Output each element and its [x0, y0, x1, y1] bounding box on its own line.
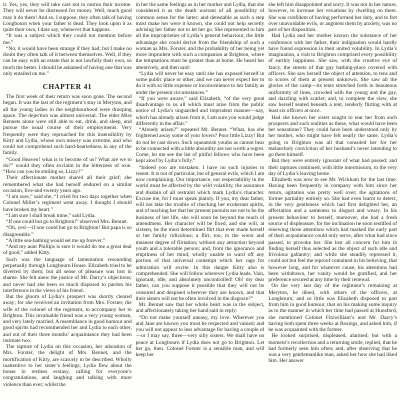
- paragraph: “And my aunt Phillips is sure it would d…: [3, 244, 132, 257]
- paragraph: “If you were aware,” said Elizabeth, “of…: [136, 96, 265, 127]
- paragraph: But the gloom of Lydia’s prospect was sh…: [3, 294, 132, 344]
- paragraph: “I am sure,” said she, “I cried for two …: [3, 194, 132, 213]
- paragraph: Had Lydia and her mother known the subst…: [268, 33, 397, 114]
- paragraph: Elizabeth was now to see Mr. Wickham for…: [268, 177, 397, 283]
- paragraph: “Indeed you are mistaken. I have no such…: [136, 165, 265, 303]
- text-column-3: she left him disappointed and sorry. It …: [268, 2, 397, 400]
- paragraph: in her the same feelings as in her mothe…: [136, 2, 265, 71]
- paragraph: “Do not make yourself uneasy, my love. W…: [136, 315, 265, 359]
- paragraph: she left him disappointed and sorry. It …: [268, 2, 397, 33]
- paragraph: “Oh, yes!—if one could but go to Brighto…: [3, 225, 132, 238]
- text-column-1: it. Yes, yes, they will take care not to…: [3, 2, 132, 400]
- book-page: it. Yes, yes, they will take care not to…: [0, 0, 400, 400]
- paragraph: it. Yes, yes, they will take care not to…: [3, 2, 132, 33]
- paragraph: Their affectionate mother shared all the…: [3, 175, 132, 194]
- chapter-heading: CHAPTER 41: [3, 83, 132, 91]
- paragraph: “Good Heaven! what is to become of us? W…: [3, 157, 132, 176]
- paragraph: Such was the language of lamentation res…: [3, 257, 132, 295]
- paragraph: “It was a subject which they could not m…: [3, 33, 132, 46]
- paragraph: “No; it would have been strange if they …: [3, 46, 132, 77]
- paragraph: “Lydia will never be easy until she has …: [136, 71, 265, 96]
- paragraph: The first week of their return was soon …: [3, 94, 132, 157]
- paragraph: “Already arisen?” repeated Mr. Bennet. “…: [136, 127, 265, 165]
- paragraph: Mr. Bennet saw that her whole heart was …: [136, 302, 265, 315]
- text-column-2: in her the same feelings as in her mothe…: [136, 2, 265, 400]
- paragraph: Had she known her sister sought to tear …: [268, 115, 397, 159]
- paragraph: On the very last day of the regiment’s r…: [268, 283, 397, 333]
- paragraph: The rapture of Lydia on this occasion, h…: [3, 344, 132, 388]
- paragraph: He looked surprised, displeased, alarmed…: [268, 333, 397, 364]
- paragraph: But they were entirely ignorant of what …: [268, 158, 397, 177]
